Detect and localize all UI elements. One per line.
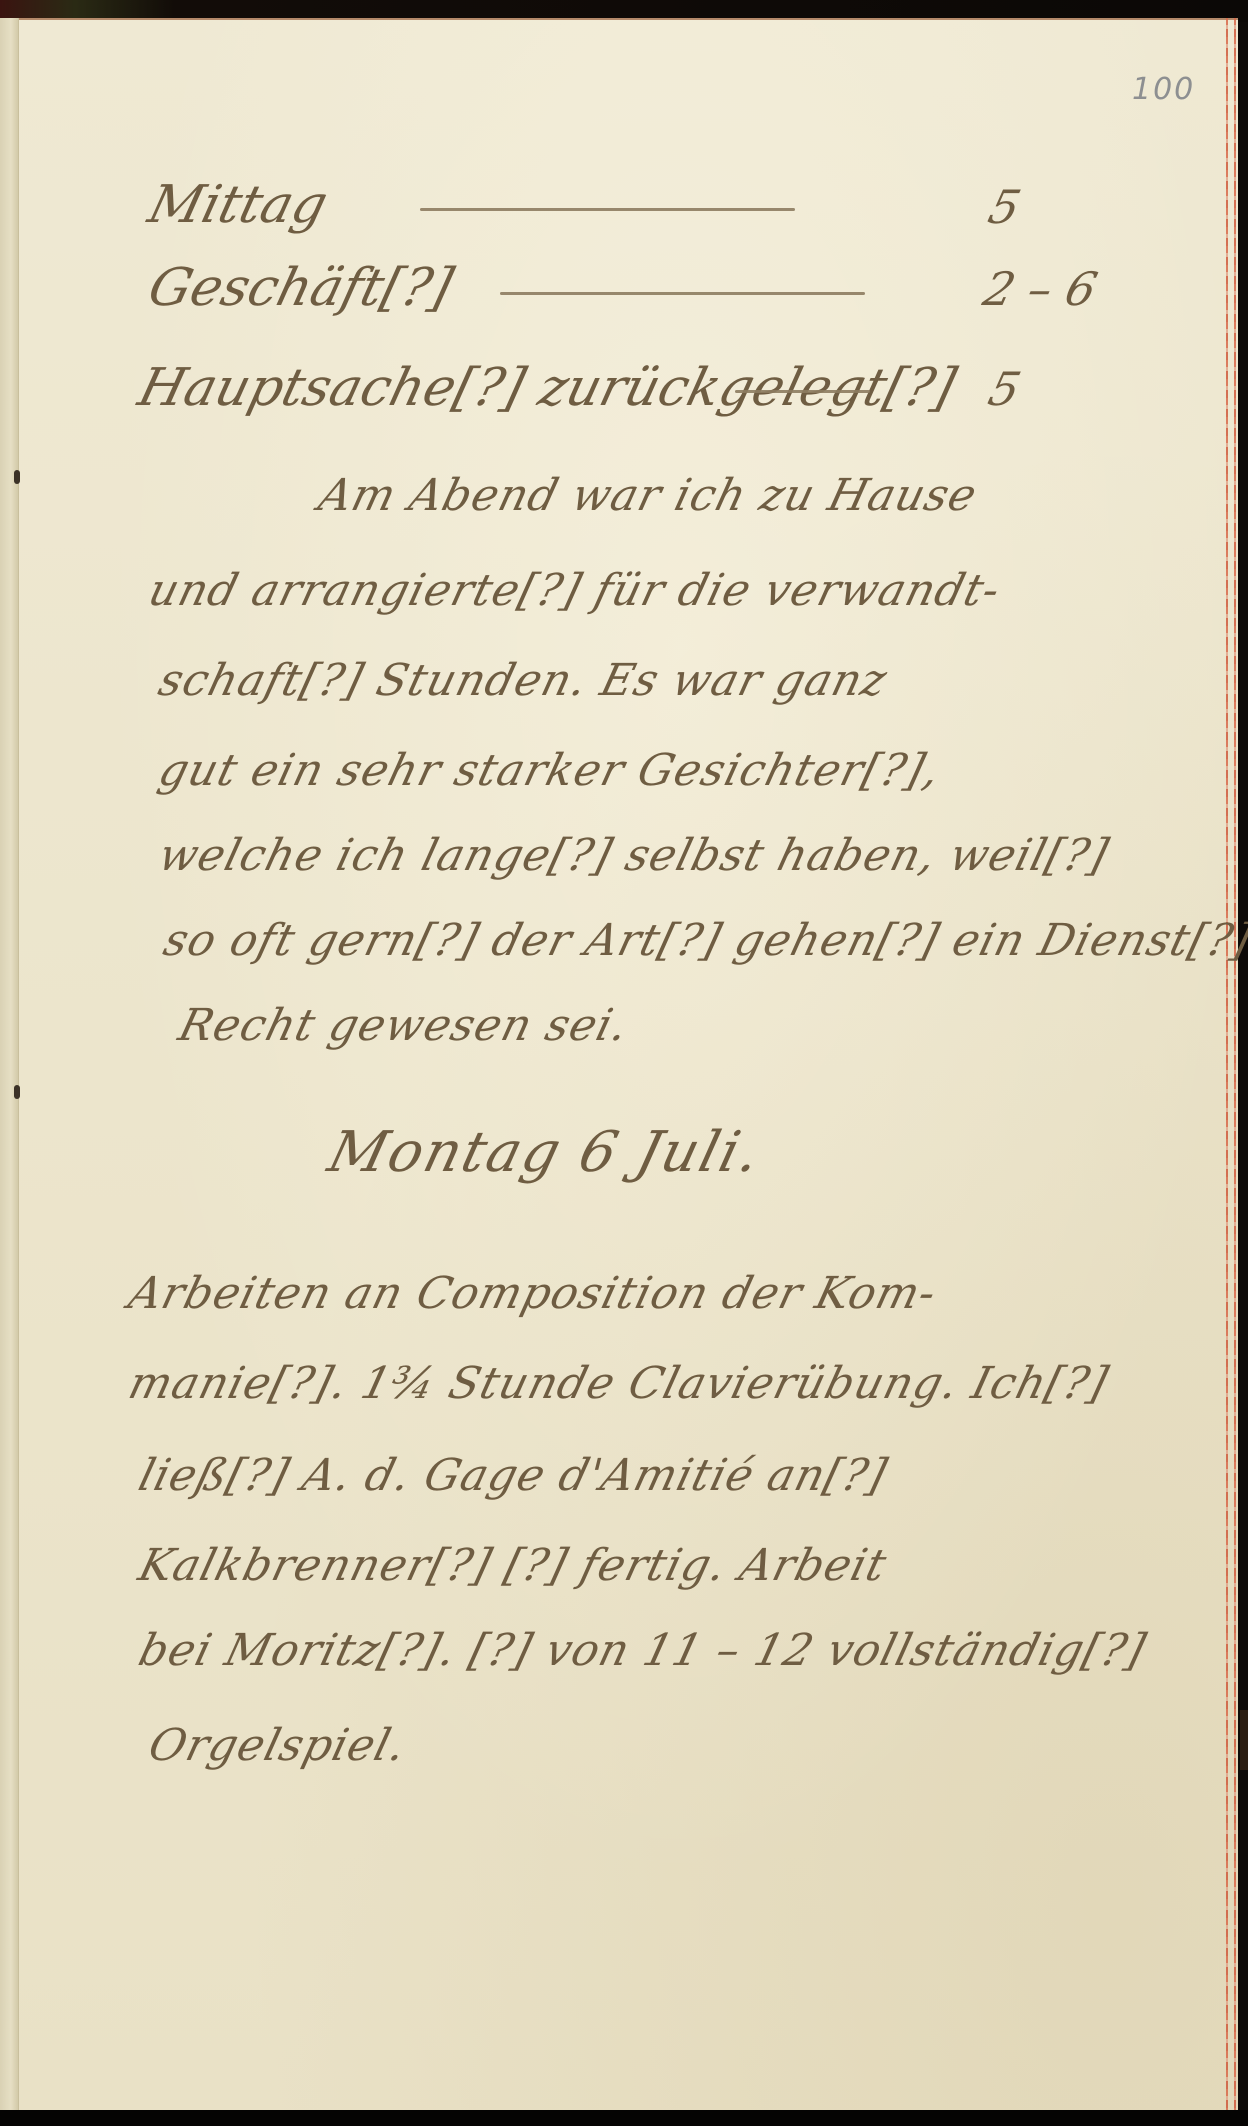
- prose-line: ließ[?] A. d. Gage d'Amitié an[?]: [134, 1450, 893, 1501]
- entry-label: Mittag: [143, 175, 334, 235]
- prose-line: Recht gewesen sei.: [174, 1000, 634, 1051]
- prose-line: manie[?]. 1¾ Stunde Clavierübung. Ich[?]: [124, 1358, 1114, 1409]
- prose-line: Arbeiten an Composition der Kom-: [124, 1268, 942, 1319]
- dash-rule: [500, 292, 865, 295]
- prose-line: Kalkbrenner[?] [?] fertig. Arbeit: [134, 1540, 892, 1591]
- date-heading: Montag 6 Juli.: [322, 1120, 768, 1185]
- book-cover-bottom-edge: [0, 2110, 1248, 2126]
- prose-line: Am Abend war ich zu Hause: [314, 470, 983, 521]
- prose-line: welche ich lange[?] selbst haben, weil[?…: [154, 830, 1114, 881]
- prose-line: Orgelspiel.: [144, 1720, 412, 1771]
- prose-line: gut ein sehr starker Gesichter[?],: [154, 745, 946, 796]
- binding-gutter: [0, 18, 19, 2112]
- prose-line: und arrangierte[?] für die verwandt-: [144, 565, 1006, 616]
- binding-stitch: [14, 1085, 20, 1099]
- red-page-edge: [1234, 18, 1236, 2112]
- dash-rule: [735, 390, 870, 393]
- prose-line: schaft[?] Stunden. Es war ganz: [154, 655, 893, 706]
- prose-line: so oft gern[?] der Art[?] gehen[?] ein D…: [159, 915, 1248, 966]
- binding-stitch: [14, 470, 20, 484]
- red-page-edge: [1226, 18, 1228, 2112]
- dash-rule: [420, 208, 795, 211]
- entry-value: 2 – 6: [978, 262, 1102, 316]
- binding-tab: [1240, 1710, 1248, 1770]
- page-number: 100: [1132, 72, 1195, 107]
- entry-label: Geschäft[?]: [143, 258, 459, 318]
- prose-line: bei Moritz[?]. [?] von 11 – 12 vollständ…: [134, 1625, 1152, 1676]
- diary-page: [0, 18, 1238, 2114]
- entry-label: Hauptsache[?] zurückgelegt[?]: [133, 358, 962, 418]
